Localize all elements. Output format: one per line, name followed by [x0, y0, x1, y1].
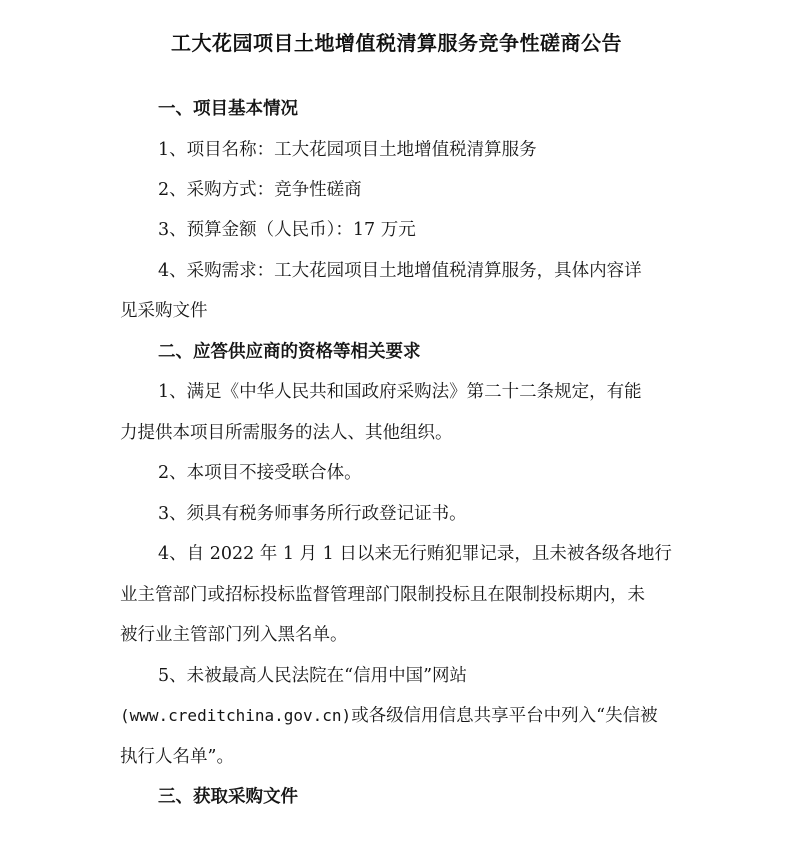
qualification-1-line1: 1、满足《中华人民共和国政府采购法》第二十二条规定，有能 [158, 381, 642, 403]
qualification-5-line2: (www.creditchina.gov.cn)或各级信用信息共享平台中列入“失… [120, 705, 658, 727]
section-heading-obtain-documents: 三、获取采购文件 [158, 786, 298, 808]
item-project-name: 1、项目名称：工大花园项目土地增值税清算服务 [158, 139, 537, 161]
creditchina-url: (www.creditchina.gov.cn) [120, 706, 351, 725]
qualification-5-line2-text: 或各级信用信息共享平台中列入“失信被 [351, 706, 657, 726]
qualification-4-line3: 被行业主管部门列入黑名单。 [120, 624, 348, 646]
section-heading-basic-info: 一、项目基本情况 [158, 98, 298, 120]
document-title: 工大花园项目土地增值税清算服务竞争性磋商公告 [0, 27, 793, 56]
qualification-5-line1: 5、未被最高人民法院在“信用中国”网站 [158, 665, 467, 687]
item-budget: 3、预算金额（人民币）：17 万元 [158, 219, 416, 241]
qualification-5-line3: 执行人名单”。 [120, 746, 234, 768]
qualification-4-line2: 业主管部门或招标投标监督管理部门限制投标且在限制投标期内，未 [120, 584, 645, 606]
section-heading-qualifications: 二、应答供应商的资格等相关要求 [158, 341, 421, 363]
document-page: 工大花园项目土地增值税清算服务竞争性磋商公告 一、项目基本情况 1、项目名称：工… [0, 0, 793, 854]
qualification-2: 2、本项目不接受联合体。 [158, 462, 362, 484]
qualification-4-line1: 4、自 2022 年 1 月 1 日以来无行贿犯罪记录，且未被各级各地行 [158, 543, 672, 565]
item-requirements-line2: 见采购文件 [120, 300, 208, 322]
item-procurement-method: 2、采购方式：竞争性磋商 [158, 179, 362, 201]
qualification-3: 3、须具有税务师事务所行政登记证书。 [158, 503, 467, 525]
item-requirements-line1: 4、采购需求：工大花园项目土地增值税清算服务，具体内容详 [158, 260, 642, 282]
qualification-1-line2: 力提供本项目所需服务的法人、其他组织。 [120, 422, 453, 444]
